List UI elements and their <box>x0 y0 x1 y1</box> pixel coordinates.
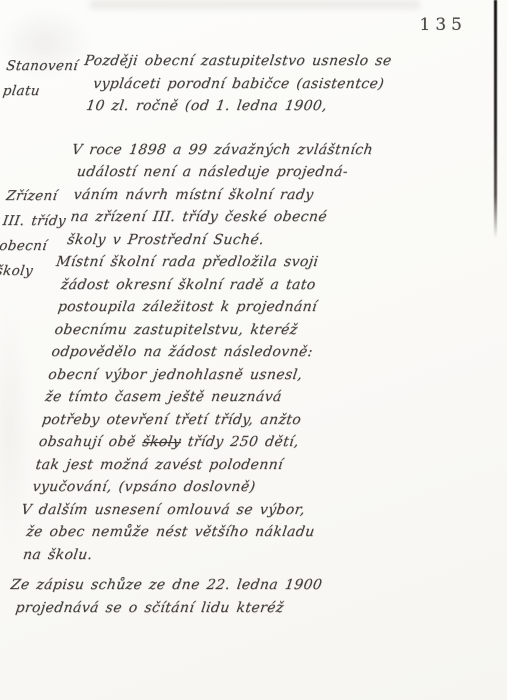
text-line: tak jest možná zavést polodenní <box>26 454 433 477</box>
margin-note-salary: Stanoveníplatu <box>1 54 88 104</box>
page-number: 135 <box>420 15 467 35</box>
text-line: obecní výbor jednohlasně usnesl, <box>39 364 446 387</box>
scanned-manuscript-page: 135 Stanoveníplatu ZřízeníIII. třídyobec… <box>0 0 507 700</box>
margin-note-line: Stanovení <box>4 54 88 79</box>
text-line: Místní školní rada předložila svoji <box>55 251 462 274</box>
text-line: váním návrh místní školní rady <box>64 184 471 207</box>
text-line: na školu. <box>13 544 420 567</box>
text-line: vypláceti porodní babičce (asistentce) <box>80 73 487 96</box>
text-line: potřeby otevření třetí třídy, anžto <box>32 409 439 432</box>
text-line: odpovědělo na žádost následovně: <box>42 341 449 364</box>
paragraph: Později obecní zastupitelstvo usneslo se… <box>77 50 490 118</box>
text-line: že obec nemůže nést většího nákladu <box>17 521 424 544</box>
book-binding-shadow <box>494 0 497 238</box>
text-line: obecnímu zastupitelstvu, kteréž <box>45 319 452 342</box>
struck-word: školy <box>141 434 182 450</box>
scan-artifact <box>90 0 420 9</box>
paragraph: Ze zápisu schůze ze dne 22. ledna 1900pr… <box>6 574 416 619</box>
text-line: školy v Prostřední Suché. <box>58 229 465 252</box>
text-line: 10 zl. ročně (od 1. ledna 1900, <box>77 95 484 118</box>
body-text: Později obecní zastupitelstvo usneslo se… <box>6 50 490 619</box>
text-line: na zřízení III. třídy české obecné <box>61 206 468 229</box>
paragraph: V dalším usnesení omlouvá se výbor,že ob… <box>13 499 426 567</box>
text-line: V roce 1898 a 99 závažných zvláštních <box>70 139 477 162</box>
text-line: vyučování, (vpsáno doslovně) <box>23 476 430 499</box>
text-line: Ze zápisu schůze ze dne 22. ledna 1900 <box>9 574 416 597</box>
paragraph: V roce 1898 a 99 závažných zvláštníchudá… <box>58 139 478 252</box>
text-line: projednává se o sčítání lidu kteréž <box>6 597 413 620</box>
text-line: V dalším usnesení omlouvá se výbor, <box>20 499 427 522</box>
text-segment: třídy 250 dětí, <box>180 434 300 450</box>
text-segment: obsahují obě <box>38 434 144 450</box>
text-line: obsahují obě školy třídy 250 dětí, <box>29 431 436 454</box>
text-line: Později obecní zastupitelstvo usneslo se <box>83 50 490 73</box>
paragraph: Místní školní rada předložila svojižádos… <box>23 251 462 499</box>
text-line: postoupila záležitost k projednání <box>48 296 455 319</box>
text-line: událostí není a následuje projedná- <box>67 161 474 184</box>
text-line: žádost okresní školní radě a tato <box>51 274 458 297</box>
margin-note-line: platu <box>1 79 85 104</box>
text-line: že tímto časem ještě neuznává <box>36 386 443 409</box>
